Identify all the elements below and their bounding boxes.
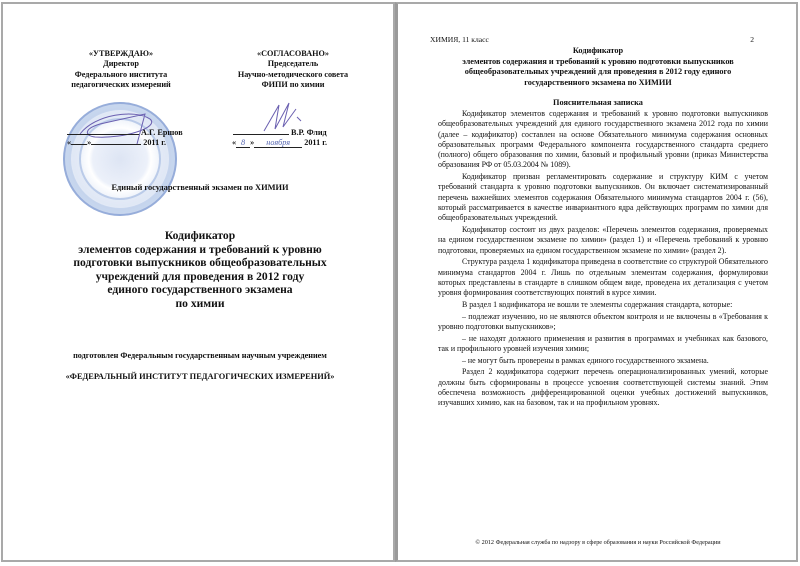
document-title: Кодификатор элементов содержания и требо…	[3, 229, 397, 311]
page-title: Кодификатор элементов содержания и требо…	[418, 46, 778, 88]
page-number: 2	[750, 35, 754, 44]
prepared-by: подготовлен Федеральным государственным …	[3, 351, 397, 360]
paragraph: Раздел 2 кодификатора содержит перечень …	[438, 367, 768, 408]
agreement-month: ноября	[254, 138, 302, 148]
agreement-signature-line: В.Р. Флид	[233, 128, 327, 137]
body-text: Кодификатор элементов содержания и требо…	[438, 109, 768, 410]
header-subject: ХИМИЯ, 11 класс	[430, 35, 489, 44]
paragraph: Кодификатор элементов содержания и требо…	[438, 109, 768, 171]
approval-block: «УТВЕРЖДАЮ» Директор Федерального инстит…	[51, 49, 191, 91]
paragraph: В раздел 1 кодификатора не вошли те элем…	[438, 300, 768, 310]
approval-signer: А.Г. Ершов	[141, 128, 183, 137]
approval-date: «» 2011 г.	[67, 138, 166, 147]
approval-heading: «УТВЕРЖДАЮ»	[51, 49, 191, 59]
copyright-footer: © 2012 Федеральная служба по надзору в с…	[398, 539, 798, 546]
list-item: – не находят должного применения и разви…	[438, 334, 768, 355]
exam-subtitle: Единый государственный экзамен по ХИМИИ	[3, 183, 397, 192]
agreement-year: 2011 г.	[304, 138, 327, 147]
agreement-line: Научно-методического совета	[223, 70, 363, 80]
agreement-block: «СОГЛАСОВАНО» Председатель Научно-методи…	[223, 49, 363, 91]
institute-name: «ФЕДЕРАЛЬНЫЙ ИНСТИТУТ ПЕДАГОГИЧЕСКИХ ИЗМ…	[3, 372, 397, 381]
title-page: «УТВЕРЖДАЮ» Директор Федерального инстит…	[1, 2, 395, 562]
approval-year: 2011 г.	[143, 138, 166, 147]
paragraph: Кодификатор состоит из двух разделов: «П…	[438, 225, 768, 256]
agreement-line: Председатель	[223, 59, 363, 69]
agreement-heading: «СОГЛАСОВАНО»	[223, 49, 363, 59]
explanatory-page: ХИМИЯ, 11 класс 2 Кодификатор элементов …	[395, 2, 798, 562]
list-item: – подлежат изучению, но не являются объе…	[438, 312, 768, 333]
agreement-date: «8»ноября 2011 г.	[232, 138, 327, 148]
paragraph: Структура раздела 1 кодификатора приведе…	[438, 257, 768, 298]
section-heading: Пояснительная записка	[418, 98, 778, 107]
approval-line: Директор	[51, 59, 191, 69]
approval-line: педагогических измерений	[51, 80, 191, 90]
list-item: – не могут быть проверены в рамках едино…	[438, 356, 768, 366]
paragraph: Кодификатор призван регламентировать сод…	[438, 172, 768, 223]
agreement-line: ФИПИ по химии	[223, 80, 363, 90]
agreement-day: 8	[236, 138, 250, 148]
agreement-signer: В.Р. Флид	[291, 128, 327, 137]
approval-line: Федерального института	[51, 70, 191, 80]
running-header: ХИМИЯ, 11 класс 2	[430, 35, 754, 44]
approval-signature-line: А.Г. Ершов	[67, 128, 183, 137]
